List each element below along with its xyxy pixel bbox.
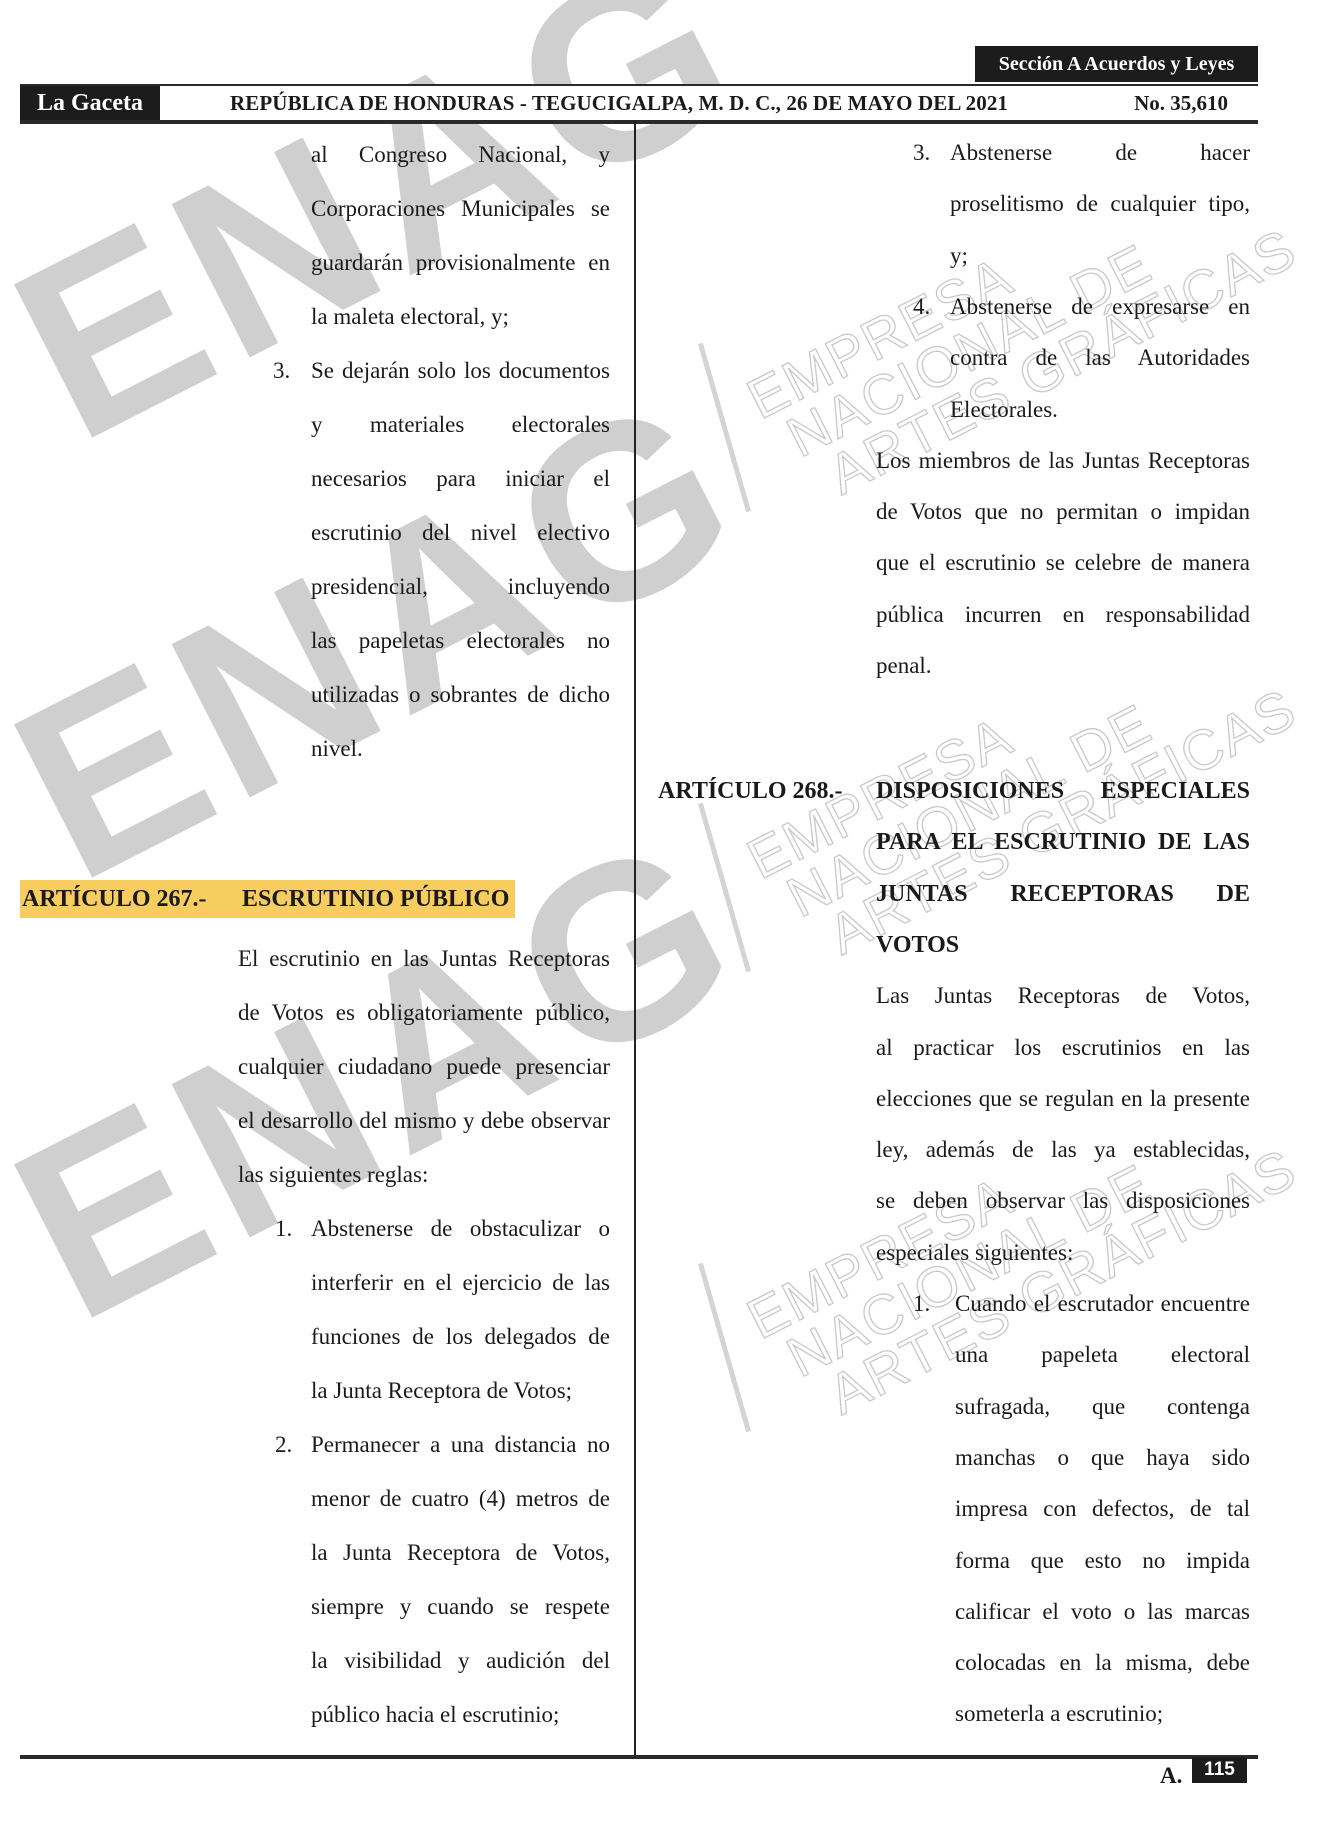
list-item-line: público hacia el escrutinio;	[311, 1700, 610, 1730]
paragraph-line: Las Juntas Receptoras de Votos,	[876, 981, 1250, 1011]
paragraph-line: pública incurren en responsabilidad	[876, 600, 1250, 630]
list-number: 4.	[913, 292, 930, 322]
paragraph-line: se deben observar las disposiciones	[876, 1186, 1250, 1216]
article-268-title-line: PARA EL ESCRUTINIO DE LAS	[876, 827, 1250, 857]
list-item-line: calificar el voto o las marcas	[955, 1597, 1250, 1627]
section-tab: Sección A Acuerdos y Leyes	[975, 46, 1258, 82]
column-divider	[634, 120, 636, 1756]
article-268-title-line: DISPOSICIONES ESPECIALES	[876, 776, 1250, 806]
list-item-line: colocadas en la misma, debe	[955, 1648, 1250, 1678]
paragraph-line: guardarán provisionalmente en	[311, 248, 610, 278]
masthead: La Gaceta REPÚBLICA DE HONDURAS - TEGUCI…	[20, 84, 1258, 124]
watermark-divider	[698, 803, 751, 973]
brand-logo: La Gaceta	[20, 86, 160, 120]
article-268-label: ARTÍCULO 268.-	[658, 776, 843, 806]
watermark-divider	[698, 1263, 751, 1433]
paragraph-line: el desarrollo del mismo y debe observar	[238, 1106, 610, 1136]
section-letter: A.	[1160, 1763, 1182, 1789]
paragraph-line: Los miembros de las Juntas Receptoras	[876, 446, 1250, 476]
list-item-line: Abstenerse de hacer	[950, 138, 1250, 168]
paragraph-line: Corporaciones Municipales se	[311, 194, 610, 224]
masthead-title: REPÚBLICA DE HONDURAS - TEGUCIGALPA, M. …	[230, 91, 1008, 116]
list-item-line: interferir en el ejercicio de las	[311, 1268, 610, 1298]
list-item-line: necesarios para iniciar el	[311, 464, 610, 494]
paragraph-line: de Votos es obligatoriamente público,	[238, 998, 610, 1028]
watermark-logo: ENAG	[0, 0, 774, 480]
paragraph-line: especiales siguientes:	[876, 1238, 1250, 1268]
list-item-line: escrutinio del nivel electivo	[311, 518, 610, 548]
list-item-line: presidencial, incluyendo	[311, 572, 610, 602]
paragraph-line: que el escrutinio se celebre de manera	[876, 548, 1250, 578]
list-number: 3.	[913, 138, 930, 168]
paragraph-line: elecciones que se regulan en la presente	[876, 1084, 1250, 1114]
paragraph-line: las siguientes reglas:	[238, 1160, 610, 1190]
list-number: 1.	[913, 1289, 930, 1319]
paragraph-line: de Votos que no permitan o impidan	[876, 497, 1250, 527]
paragraph-line: al Congreso Nacional, y	[311, 140, 610, 170]
list-item-line: y materiales electorales	[311, 410, 610, 440]
article-267-label: ARTÍCULO 267.-	[22, 884, 207, 914]
paragraph-line: cualquier ciudadano puede presenciar	[238, 1052, 610, 1082]
list-item-line: Abstenerse de expresarse en	[950, 292, 1250, 322]
list-item-line: someterla a escrutinio;	[955, 1699, 1250, 1729]
list-item-line: nivel.	[311, 734, 610, 764]
article-267-title: ESCRUTINIO PÚBLICO	[242, 884, 509, 914]
list-item-line: funciones de los delegados de	[311, 1322, 610, 1352]
list-item-line: manchas o que haya sido	[955, 1443, 1250, 1473]
list-item-line: contra de las Autoridades	[950, 343, 1250, 373]
issue-number: No. 35,610	[1134, 91, 1228, 116]
list-item-line: proselitismo de cualquier tipo,	[950, 189, 1250, 219]
page-number: 115	[1192, 1757, 1247, 1783]
footer-rule	[20, 1755, 1258, 1759]
list-number: 1.	[275, 1214, 292, 1244]
list-number-3: 3.	[273, 356, 290, 386]
list-item-line: forma que esto no impida	[955, 1546, 1250, 1576]
list-item-line: utilizadas o sobrantes de dicho	[311, 680, 610, 710]
list-item-line: Abstenerse de obstaculizar o	[311, 1214, 610, 1244]
paragraph-line: ley, además de las ya establecidas,	[876, 1135, 1250, 1165]
list-item-line: y;	[950, 241, 1250, 271]
article-268-title-line: JUNTAS RECEPTORAS DE	[876, 879, 1250, 909]
list-item-line: Permanecer a una distancia no	[311, 1430, 610, 1460]
list-item-line: siempre y cuando se respete	[311, 1592, 610, 1622]
list-item-line: la Junta Receptora de Votos,	[311, 1538, 610, 1568]
list-item-line: sufragada, que contenga	[955, 1392, 1250, 1422]
list-item-line: Se dejarán solo los documentos	[311, 356, 610, 386]
list-item-line: la Junta Receptora de Votos;	[311, 1376, 610, 1406]
paragraph-line: penal.	[876, 651, 1250, 681]
list-item-line: menor de cuatro (4) metros de	[311, 1484, 610, 1514]
list-item-line: Cuando el escrutador encuentre	[955, 1289, 1250, 1319]
paragraph-line: El escrutinio en las Juntas Receptoras	[238, 944, 610, 974]
paragraph-line: al practicar los escrutinios en las	[876, 1033, 1250, 1063]
list-number: 2.	[275, 1430, 292, 1460]
list-item-line: una papeleta electoral	[955, 1340, 1250, 1370]
paragraph-line: la maleta electoral, y;	[311, 302, 610, 332]
article-268-title-line: VOTOS	[876, 930, 1250, 960]
list-item-line: Electorales.	[950, 395, 1250, 425]
list-item-line: la visibilidad y audición del	[311, 1646, 610, 1676]
list-item-line: las papeletas electorales no	[311, 626, 610, 656]
watermark-divider	[698, 343, 751, 513]
list-item-line: impresa con defectos, de tal	[955, 1494, 1250, 1524]
